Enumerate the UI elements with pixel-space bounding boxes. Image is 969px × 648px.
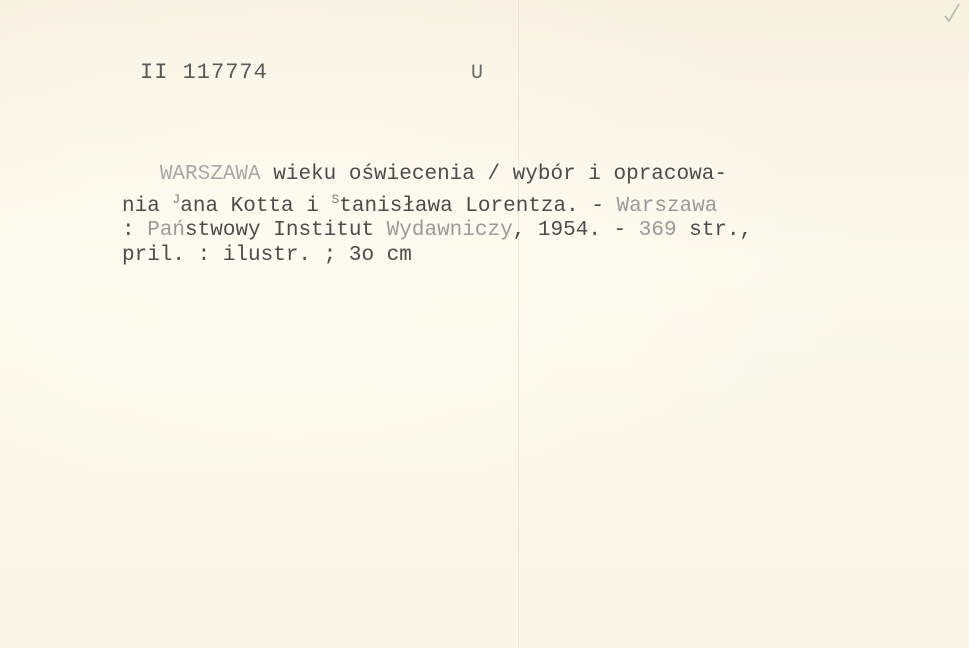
entry-title: wieku oświecenia / wybór i opracowa-: [261, 163, 727, 186]
entry-line-4: pril. : ilustr. ; 3o cm: [122, 244, 752, 269]
entry-heading: WARSZAWA: [160, 163, 261, 186]
bibliographic-entry: WARSZAWA wieku oświecenia / wybór i opra…: [122, 163, 752, 268]
card-fold-line: [518, 0, 519, 648]
location-mark: U: [471, 62, 483, 85]
entry-place: Warszawa: [617, 195, 718, 218]
call-number: II 117774: [140, 60, 268, 85]
entry-line-3: : Państwowy Institut Wydawniczy, 1954. -…: [122, 219, 752, 244]
entry-line-2: nia Jana Kotta i Stanisławа Lorentza. - …: [122, 188, 752, 220]
checkmark-icon: [942, 2, 962, 24]
catalog-card: II 117774 U WARSZAWA wieku oświecenia / …: [0, 0, 969, 648]
entry-pages: 369: [639, 219, 677, 242]
entry-line-1: WARSZAWA wieku oświecenia / wybór i opra…: [122, 163, 752, 188]
entry-physical-description: pril. : ilustr. ; 3o cm: [122, 244, 412, 267]
entry-year: , 1954. -: [513, 219, 639, 242]
